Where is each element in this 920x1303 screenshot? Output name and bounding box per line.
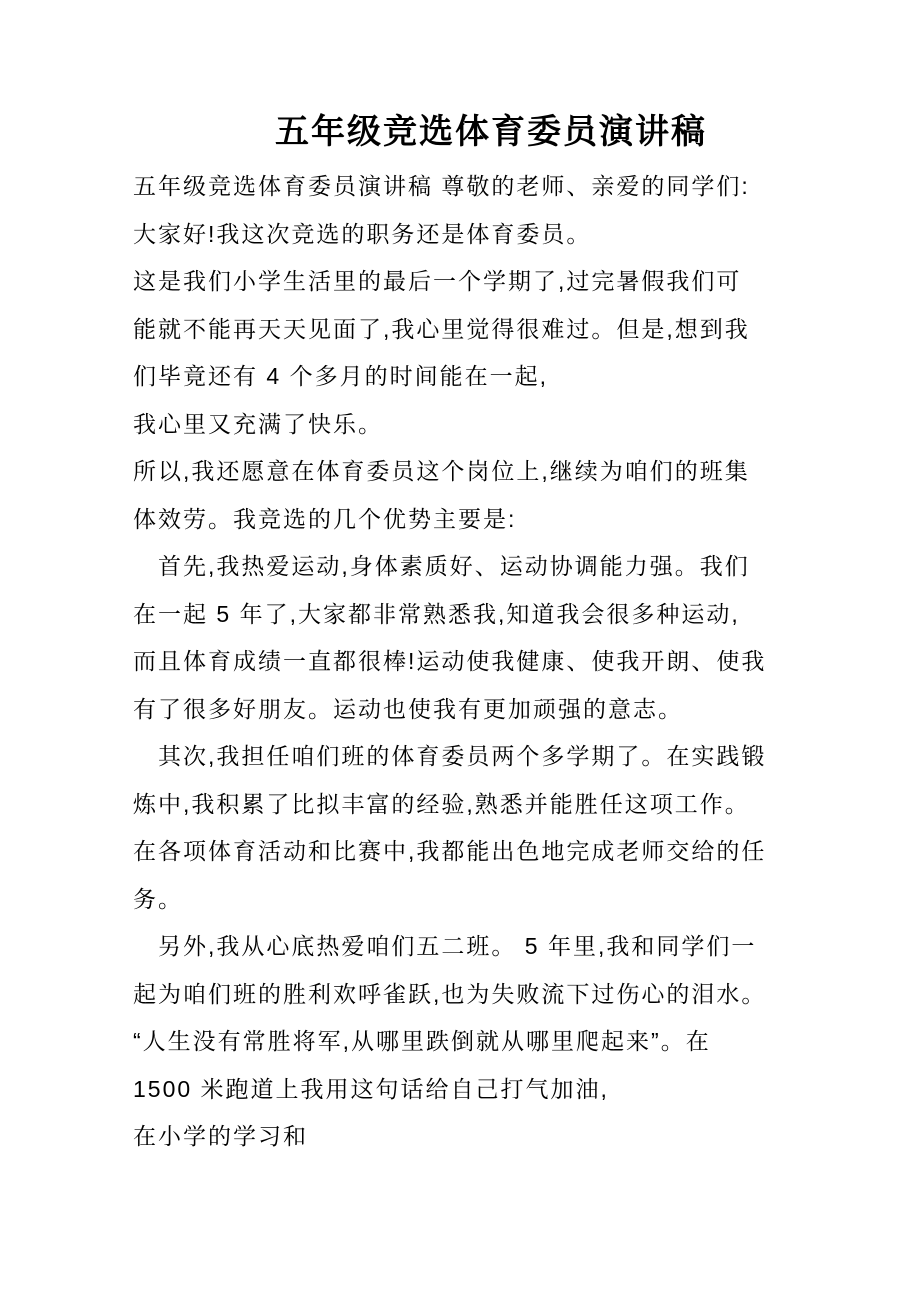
text-line: 五年级竞选体育委员演讲稿 尊敬的老师、亲爱的同学们:: [133, 163, 793, 211]
text-line: “人生没有常胜将军,从哪里跌倒就从哪里爬起来”。在: [133, 1018, 793, 1066]
text-line: 首先,我热爱运动,身体素质好、运动协调能力强。我们: [133, 543, 793, 591]
document-title: 五年级竞选体育委员演讲稿: [161, 108, 821, 156]
text-line: 这是我们小学生活里的最后一个学期了,过完暑假我们可: [133, 258, 793, 306]
text-line: 在小学的学习和: [133, 1113, 793, 1161]
text-line: 在一起 5 年了,大家都非常熟悉我,知道我会很多种运动,: [133, 591, 793, 639]
document-page: 五年级竞选体育委员演讲稿 五年级竞选体育委员演讲稿 尊敬的老师、亲爱的同学们:大…: [0, 0, 920, 1303]
text-line: 所以,我还愿意在体育委员这个岗位上,继续为咱们的班集: [133, 448, 793, 496]
text-line: 另外,我从心底热爱咱们五二班。 5 年里,我和同学们一: [133, 923, 793, 971]
text-line: 其次,我担任咱们班的体育委员两个多学期了。在实践锻: [133, 733, 793, 781]
text-line: 在各项体育活动和比赛中,我都能出色地完成老师交给的任: [133, 828, 793, 876]
text-line: 炼中,我积累了比拟丰富的经验,熟悉并能胜任这项工作。: [133, 781, 793, 829]
text-line: 而且体育成绩一直都很棒!运动使我健康、使我开朗、使我: [133, 638, 793, 686]
text-line: 起为咱们班的胜利欢呼雀跃,也为失败流下过伤心的泪水。: [133, 971, 793, 1019]
text-line: 务。: [133, 876, 793, 924]
text-line: 能就不能再天天见面了,我心里觉得很难过。但是,想到我: [133, 306, 793, 354]
text-line: 体效劳。我竞选的几个优势主要是:: [133, 496, 793, 544]
document-body: 五年级竞选体育委员演讲稿 尊敬的老师、亲爱的同学们:大家好!我这次竞选的职务还是…: [133, 163, 793, 1161]
text-line: 我心里又充满了快乐。: [133, 401, 793, 449]
text-line: 大家好!我这次竞选的职务还是体育委员。: [133, 211, 793, 259]
text-line: 1500 米跑道上我用这句话给自己打气加油,: [133, 1066, 793, 1114]
text-line: 们毕竟还有 4 个多月的时间能在一起,: [133, 353, 793, 401]
text-line: 有了很多好朋友。运动也使我有更加顽强的意志。: [133, 686, 793, 734]
